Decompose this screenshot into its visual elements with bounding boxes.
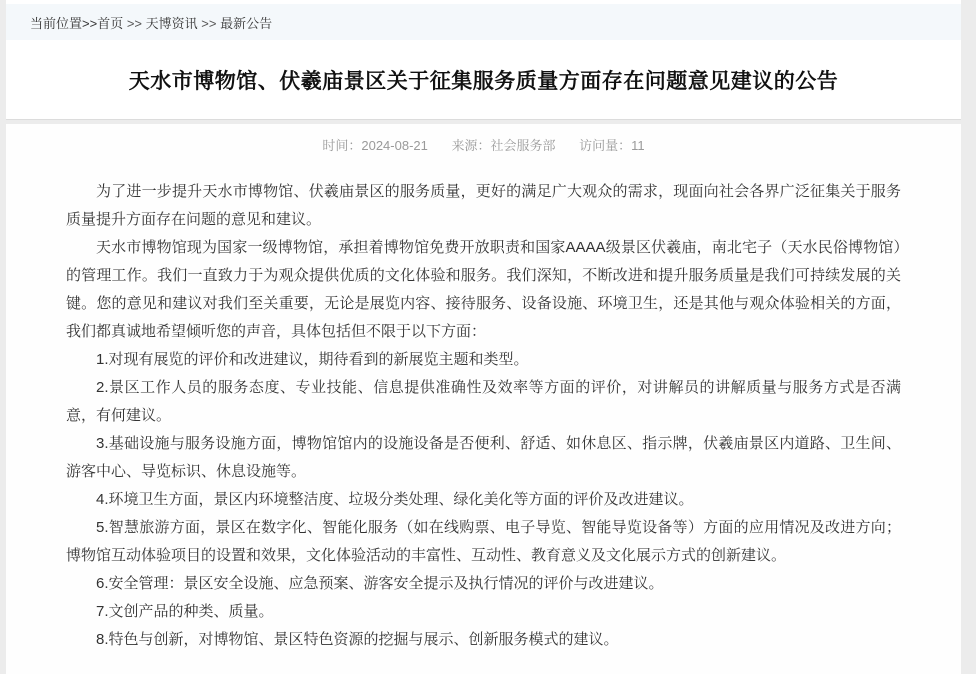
paragraph: 天水市博物馆现为国家一级博物馆，承担着博物馆免费开放职责和国家AAAA级景区伏羲…: [66, 234, 901, 346]
breadcrumb-link-1[interactable]: 首页: [97, 16, 123, 31]
meta-source: 来源：社会服务部: [451, 138, 555, 153]
paragraph: 2.景区工作人员的服务态度、专业技能、信息提供准确性及效率等方面的评价，对讲解员…: [66, 374, 901, 430]
breadcrumb-label: 当前位置>>: [30, 13, 97, 32]
meta-time-label: 时间：: [322, 138, 361, 153]
page-column: 当前位置>> 首页 >> 天博资讯 >> 最新公告 天水市博物馆、伏羲庙景区关于…: [6, 0, 961, 652]
paragraph: 5.智慧旅游方面，景区在数字化、智能化服务（如在线购票、电子导览、智能导览设备等…: [66, 514, 901, 570]
paragraph: 3.基础设施与服务设施方面，博物馆馆内的设施设备是否便利、舒适、如休息区、指示牌…: [66, 430, 901, 486]
meta-line: 时间：2024-08-21 来源：社会服务部 访问量：11: [66, 136, 901, 156]
meta-source-value: 社会服务部: [491, 138, 556, 153]
breadcrumb-link-2[interactable]: 天博资讯: [146, 16, 198, 31]
meta-time-value: 2024-08-21: [361, 138, 428, 153]
breadcrumb-link-3[interactable]: 最新公告: [220, 16, 272, 31]
title-card: 天水市博物馆、伏羲庙景区关于征集服务质量方面存在问题意见建议的公告: [6, 40, 961, 119]
meta-time: 时间：2024-08-21: [322, 138, 428, 153]
meta-views: 访问量：11: [579, 138, 645, 153]
breadcrumb-separator: >>: [198, 16, 220, 31]
paragraph: 6.安全管理：景区安全设施、应急预案、游客安全提示及执行情况的评价与改进建议。: [66, 570, 901, 598]
paragraph: 为了进一步提升天水市博物馆、伏羲庙景区的服务质量，更好的满足广大观众的需求，现面…: [66, 178, 901, 234]
paragraph: 4.环境卫生方面，景区内环境整洁度、垃圾分类处理、绿化美化等方面的评价及改进建议…: [66, 486, 901, 514]
page-title: 天水市博物馆、伏羲庙景区关于征集服务质量方面存在问题意见建议的公告: [129, 65, 839, 95]
content-card: 时间：2024-08-21 来源：社会服务部 访问量：11 为了进一步提升天水市…: [6, 124, 961, 652]
paragraph: 7.文创产品的种类、质量。: [66, 598, 901, 626]
paragraph: 8.特色与创新，对博物馆、景区特色资源的挖掘与展示、创新服务模式的建议。: [66, 626, 901, 652]
breadcrumb-items: 首页 >> 天博资讯 >> 最新公告: [97, 13, 272, 32]
meta-views-value: 11: [631, 138, 645, 153]
meta-views-label: 访问量：: [579, 138, 631, 153]
meta-source-label: 来源：: [451, 138, 490, 153]
article-body: 为了进一步提升天水市博物馆、伏羲庙景区的服务质量，更好的满足广大观众的需求，现面…: [66, 178, 901, 652]
breadcrumb-separator: >>: [123, 16, 145, 31]
paragraph: 1.对现有展览的评价和改进建议，期待看到的新展览主题和类型。: [66, 346, 901, 374]
breadcrumb: 当前位置>> 首页 >> 天博资讯 >> 最新公告: [6, 4, 961, 40]
